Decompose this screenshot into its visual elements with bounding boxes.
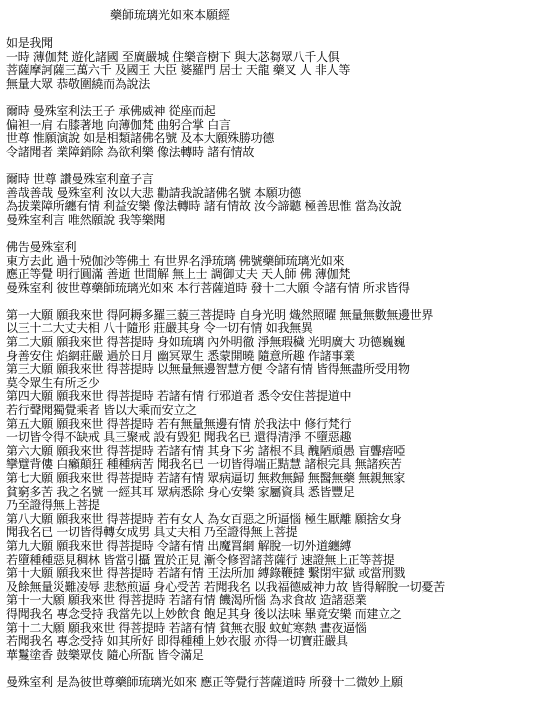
blank-line [6, 662, 554, 676]
text-line: 應正等覺 明行圓滿 善逝 世間解 無上士 調御丈夫 天人師 佛 薄伽梵 [6, 268, 554, 282]
text-line: 曼殊室利言 唯然願說 我等樂聞 [6, 214, 554, 228]
blank-line [6, 91, 554, 105]
document-body: 如是我聞一時 薄伽梵 遊化諸國 至廣嚴城 住樂音樹下 與大苾芻眾八千人俱菩薩摩訶… [6, 37, 554, 690]
text-line: 若聞我名 專念受持 如其所好 即得種種上妙衣服 亦得一切寶莊嚴具 [6, 635, 554, 649]
text-line: 佛告曼殊室利 [6, 241, 554, 255]
text-line: 菩薩摩訶薩三萬六千 及國王 大臣 婆羅門 居士 天龍 藥叉 人 非人等 [6, 64, 554, 78]
text-line: 一切皆令得不缺戒 具三聚戒 設有毀犯 聞我名已 還得清淨 不墮惡趣 [6, 431, 554, 445]
text-line: 第十大願 願我來世 得菩提時 若諸有情 王法所加 縛錄鞭撻 繫閉牢獄 或當刑戮 [6, 567, 554, 581]
text-line: 爾時 世尊 讚曼殊室利童子言 [6, 173, 554, 187]
text-line: 第三大願 願我來世 得菩提時 以無量無邊智慧方便 令諸有情 皆得無盡所受用物 [6, 363, 554, 377]
blank-line [6, 159, 554, 173]
text-line: 攣躄背僂 白癩顛狂 種種病苦 聞我名已 一切皆得端正黠慧 諸根完具 無諸疾苦 [6, 458, 554, 472]
text-line: 為拔業障所纏有情 利益安樂 像法轉時 諸有情故 汝今諦聽 極善思惟 當為汝說 [6, 200, 554, 214]
text-line: 如是我聞 [6, 37, 554, 51]
text-line: 無量大眾 恭敬圍繞而為說法 [6, 78, 554, 92]
text-line: 曼殊室利 是為彼世尊藥師琉璃光如來 應正等覺行菩薩道時 所發十二微妙上願 [6, 676, 554, 690]
document: 藥師琉璃光如來本願經 如是我聞一時 薄伽梵 遊化諸國 至廣嚴城 住樂音樹下 與大… [6, 8, 554, 690]
blank-line [6, 295, 554, 309]
text-line: 世尊 惟願演說 如是相類諸佛名號 及本大願殊勝功德 [6, 132, 554, 146]
text-line: 第七大願 願我來世 得菩提時 若諸有情 眾病逼切 無救無歸 無醫無藥 無親無家 [6, 472, 554, 486]
blank-line [6, 227, 554, 241]
text-line: 曼殊室利 彼世尊藥師琉璃光如來 本行菩薩道時 發十二大願 令諸有情 所求皆得 [6, 282, 554, 296]
text-line: 爾時 曼殊室利法王子 承佛威神 從座而起 [6, 105, 554, 119]
text-line: 聞我名已 一切皆得轉女成男 具丈夫相 乃至證得無上菩提 [6, 526, 554, 540]
text-line: 華鬘塗香 鼓樂眾伎 隨心所翫 皆令滿足 [6, 649, 554, 663]
text-line: 第四大願 願我來世 得菩提時 若諸有情 行邪道者 悉令安住菩提道中 [6, 390, 554, 404]
text-line: 第十一大願 願我來世 得菩提時 若諸有情 饑渴所惱 為求食故 造諸惡業 [6, 594, 554, 608]
text-line: 第二大願 願我來世 得菩提時 身如琉璃 內外明徹 淨無瑕穢 光明廣大 功德巍巍 [6, 336, 554, 350]
text-line: 令諸聞者 業障銷除 為欲利樂 像法轉時 諸有情故 [6, 146, 554, 160]
document-title: 藥師琉璃光如來本願經 [110, 8, 554, 22]
text-line: 若行聲聞獨覺乘者 皆以大乘而安立之 [6, 404, 554, 418]
text-line: 乃至證得無上菩提 [6, 499, 554, 513]
text-line: 得聞我名 專念受持 我當先以上妙飲食 飽足其身 後以法味 畢竟安樂 而建立之 [6, 608, 554, 622]
text-line: 第九大願 願我來世 得菩提時 令諸有情 出魔罥網 解脫一切外道纏縛 [6, 540, 554, 554]
